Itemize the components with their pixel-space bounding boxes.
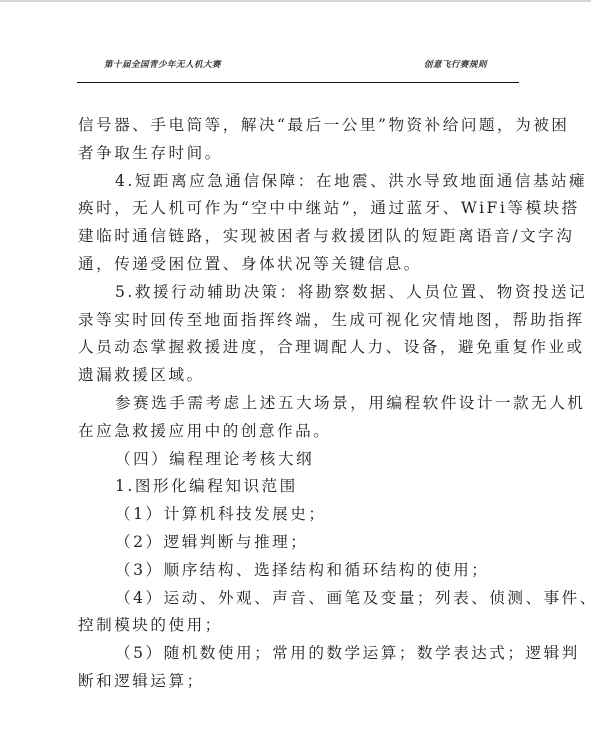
text-line: 人员动态掌握救援进度，合理调配人力、设备，避免重复作业或 [78, 334, 518, 362]
list-item: （2）逻辑判断与推理； [78, 529, 518, 557]
subsection-heading: 1.图形化编程知识范围 [78, 473, 518, 501]
text-line: 在应急救援应用中的创意作品。 [78, 418, 518, 446]
text-line: 遗漏救援区域。 [78, 362, 518, 390]
item-5-heading: 5.救援行动辅助决策：将勘察数据、人员位置、物资投送记 [78, 279, 518, 307]
text-line: 建临时通信链路，实现被困者与救援团队的短距离语音/文字沟 [78, 223, 518, 251]
text-line: 断和逻辑运算； [78, 668, 518, 696]
list-item: （5）随机数使用；常用的数学运算；数学表达式；逻辑判 [78, 640, 518, 668]
list-item: （4）运动、外观、声音、画笔及变量；列表、侦测、事件、 [78, 585, 518, 613]
page-header: 第十届全国青少年无人机大赛 创意飞行赛规则 [77, 56, 519, 83]
item-4-heading: 4.短距离应急通信保障：在地震、洪水导致地面通信基站瘫 [78, 168, 518, 196]
section-heading: （四）编程理论考核大纲 [78, 446, 518, 474]
list-item: （1）计算机科技发展史； [78, 501, 518, 529]
viewer-top-edge [0, 0, 591, 2]
text-line: 痪时，无人机可作为“空中中继站”，通过蓝牙、WiFi等模块搭 [78, 195, 518, 223]
text-line: 通，传递受困位置、身体状况等关键信息。 [78, 251, 518, 279]
header-section-title: 创意飞行赛规则 [424, 58, 487, 70]
text-line: 控制模块的使用； [78, 612, 518, 640]
text-line: 录等实时回传至地面指挥终端，生成可视化灾情地图，帮助指挥 [78, 307, 518, 335]
paragraph-start: 参赛选手需考虑上述五大场景，用编程软件设计一款无人机 [78, 390, 518, 418]
header-competition-title: 第十届全国青少年无人机大赛 [104, 58, 221, 70]
text-line: 者争取生存时间。 [78, 140, 518, 168]
document-body: 信号器、手电筒等，解决“最后一公里”物资补给问题，为被困 者争取生存时间。 4.… [78, 112, 518, 696]
text-line: 信号器、手电筒等，解决“最后一公里”物资补给问题，为被困 [78, 112, 518, 140]
list-item: （3）顺序结构、选择结构和循环结构的使用； [78, 557, 518, 585]
